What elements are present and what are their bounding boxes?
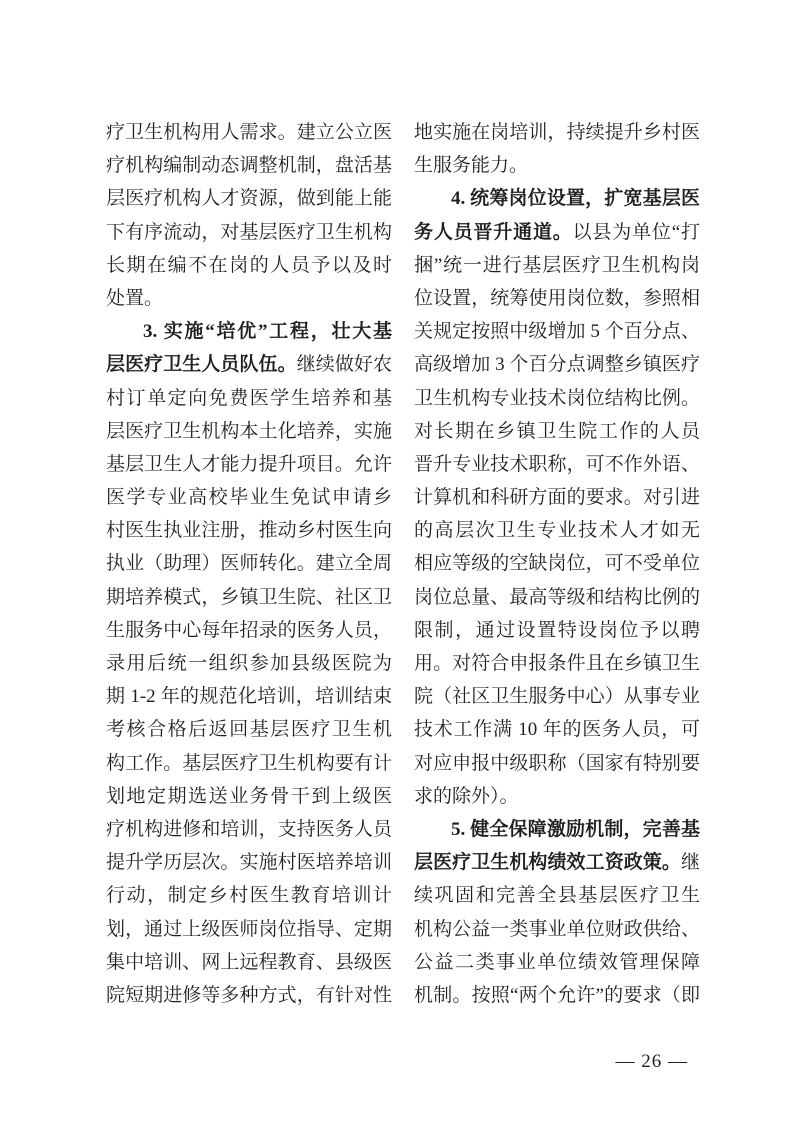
text-line: 机制。按照“两个允许”的要求（即 (414, 979, 700, 1012)
text-segment: 生服务能力。 (414, 155, 528, 176)
text-line: 村医生执业注册，推动乡村医生向 (106, 514, 392, 547)
text-segment: 疗卫生机构用人需求。建立公立医 (106, 122, 392, 143)
text-line: 提升学历层次。实施村医培养培训 (106, 846, 392, 879)
text-segment: 基层卫生人才能力提升项目。允许 (106, 454, 392, 475)
text-segment: 限制，通过设置特设岗位予以聘 (414, 620, 700, 641)
text-line: 层医疗卫生机构绩效工资政策。继 (414, 846, 700, 879)
text-line: 高级增加 3 个百分点调整乡镇医疗 (414, 348, 700, 381)
text-line: 录用后统一组织参加县级医院为 (106, 647, 392, 680)
text-segment: 对长期在乡镇卫生院工作的人员 (414, 421, 700, 442)
text-line: 划，通过上级医师岗位指导、定期 (106, 913, 392, 946)
text-segment: 以县为单位“打 (573, 222, 700, 243)
bold-text-segment: 4. 统筹岗位设置，扩宽基层医 (451, 188, 700, 209)
text-segment: 村医生执业注册，推动乡村医生向 (106, 520, 392, 541)
text-segment: 公益二类事业单位绩效管理保障 (414, 952, 700, 973)
text-line: 层医疗卫生机构本土化培养，实施 (106, 415, 392, 448)
text-line: 位设置，统筹使用岗位数，参照相 (414, 282, 700, 315)
page-number-text: — 26 — (616, 1051, 689, 1072)
text-segment: 地实施在岗培训，持续提升乡村医 (414, 122, 700, 143)
text-segment: 构工作。基层医疗卫生机构要有计 (106, 753, 392, 774)
text-segment: 下有序流动，对基层医疗卫生机构 (106, 222, 392, 243)
text-line: 院（社区卫生服务中心）从事专业 (414, 680, 700, 713)
text-segment: 疗机构编制动态调整机制，盘活基 (106, 155, 392, 176)
text-line: 3. 实施“培优”工程，壮大基 (106, 315, 392, 348)
text-segment: 晋升专业技术职称，可不作外语、 (414, 454, 700, 475)
text-segment: 划，通过上级医师岗位指导、定期 (106, 919, 392, 940)
text-segment: 继 (681, 852, 700, 873)
bold-text-segment: 层医疗卫生机构绩效工资政策。 (414, 852, 681, 873)
text-line: 技术工作满 10 年的医务人员，可 (414, 713, 700, 746)
text-segment: 相应等级的空缺岗位，可不受单位 (414, 553, 700, 574)
text-segment: 捆”统一进行基层医疗卫生机构岗 (414, 255, 700, 276)
text-line: 疗机构进修和培训，支持医务人员 (106, 813, 392, 846)
text-line: 限制，通过设置特设岗位予以聘 (414, 614, 700, 647)
text-segment: 机制。按照“两个允许”的要求（即 (414, 985, 700, 1006)
text-line: 下有序流动，对基层医疗卫生机构 (106, 216, 392, 249)
text-segment: 考核合格后返回基层医疗卫生机 (106, 719, 392, 740)
page-number: — 26 — (0, 1051, 688, 1073)
text-line: 基层卫生人才能力提升项目。允许 (106, 448, 392, 481)
bold-text-segment: 3. 实施“培优”工程，壮大基 (143, 321, 392, 342)
text-segment: 关规定按照中级增加 5 个百分点、 (414, 321, 700, 342)
text-line: 行动，制定乡村医生教育培训计 (106, 879, 392, 912)
text-line: 岗位总量、最高等级和结构比例的 (414, 581, 700, 614)
text-line: 集中培训、网上远程教育、县级医 (106, 946, 392, 979)
text-segment: 继续做好农 (297, 354, 392, 375)
text-columns: 疗卫生机构用人需求。建立公立医疗机构编制动态调整机制，盘活基层医疗机构人才资源，… (106, 116, 700, 1012)
text-segment: 位设置，统筹使用岗位数，参照相 (414, 288, 700, 309)
text-line: 捆”统一进行基层医疗卫生机构岗 (414, 249, 700, 282)
text-line: 疗卫生机构用人需求。建立公立医 (106, 116, 392, 149)
text-column-right: 地实施在岗培训，持续提升乡村医生服务能力。4. 统筹岗位设置，扩宽基层医务人员晋… (414, 116, 700, 1012)
text-line: 4. 统筹岗位设置，扩宽基层医 (414, 182, 700, 215)
text-segment: 求的除外）。 (414, 786, 519, 807)
text-segment: 划地定期选送业务骨干到上级医 (106, 786, 392, 807)
text-segment: 提升学历层次。实施村医培养培训 (106, 852, 392, 873)
text-line: 相应等级的空缺岗位，可不受单位 (414, 547, 700, 580)
text-segment: 机构公益一类事业单位财政供给、 (414, 919, 700, 940)
text-line: 计算机和科研方面的要求。对引进 (414, 481, 700, 514)
text-line: 执业（助理）医师转化。建立全周 (106, 547, 392, 580)
text-line: 院短期进修等多种方式，有针对性 (106, 979, 392, 1012)
text-line: 村订单定向免费医学生培养和基 (106, 382, 392, 415)
text-line: 机构公益一类事业单位财政供给、 (414, 913, 700, 946)
text-line: 生服务能力。 (414, 149, 700, 182)
text-segment: 层医疗机构人才资源，做到能上能 (106, 188, 392, 209)
bold-text-segment: 务人员晋升通道。 (414, 222, 573, 243)
text-line: 务人员晋升通道。以县为单位“打 (414, 216, 700, 249)
text-segment: 录用后统一组织参加县级医院为 (106, 653, 392, 674)
text-segment: 层医疗卫生机构本土化培养，实施 (106, 421, 392, 442)
text-line: 生服务中心每年招录的医务人员， (106, 614, 392, 647)
text-segment: 期 1-2 年的规范化培训，培训结束 (106, 686, 392, 707)
text-line: 期培养模式，乡镇卫生院、社区卫 (106, 581, 392, 614)
bold-text-segment: 5. 健全保障激励机制，完善基 (451, 819, 700, 840)
text-line: 地实施在岗培训，持续提升乡村医 (414, 116, 700, 149)
text-line: 续巩固和完善全县基层医疗卫生 (414, 879, 700, 912)
text-segment: 行动，制定乡村医生教育培训计 (106, 885, 392, 906)
text-segment: 疗机构进修和培训，支持医务人员 (106, 819, 392, 840)
text-line: 5. 健全保障激励机制，完善基 (414, 813, 700, 846)
text-segment: 长期在编不在岗的人员予以及时 (106, 255, 392, 276)
text-line: 关规定按照中级增加 5 个百分点、 (414, 315, 700, 348)
text-segment: 医学专业高校毕业生免试申请乡 (106, 487, 392, 508)
text-line: 对应申报中级职称（国家有特别要 (414, 747, 700, 780)
text-line: 晋升专业技术职称，可不作外语、 (414, 448, 700, 481)
text-segment: 计算机和科研方面的要求。对引进 (414, 487, 700, 508)
text-line: 用。对符合申报条件且在乡镇卫生 (414, 647, 700, 680)
text-line: 的高层次卫生专业技术人才如无 (414, 514, 700, 547)
text-segment: 续巩固和完善全县基层医疗卫生 (414, 885, 700, 906)
text-line: 划地定期选送业务骨干到上级医 (106, 780, 392, 813)
text-line: 层医疗卫生人员队伍。继续做好农 (106, 348, 392, 381)
text-line: 公益二类事业单位绩效管理保障 (414, 946, 700, 979)
text-segment: 对应申报中级职称（国家有特别要 (414, 753, 700, 774)
text-segment: 院短期进修等多种方式，有针对性 (106, 985, 392, 1006)
text-segment: 生服务中心每年招录的医务人员， (106, 620, 392, 641)
bold-text-segment: 层医疗卫生人员队伍。 (106, 354, 297, 375)
text-line: 疗机构编制动态调整机制，盘活基 (106, 149, 392, 182)
text-segment: 岗位总量、最高等级和结构比例的 (414, 587, 700, 608)
text-line: 考核合格后返回基层医疗卫生机 (106, 713, 392, 746)
text-column-left: 疗卫生机构用人需求。建立公立医疗机构编制动态调整机制，盘活基层医疗机构人才资源，… (106, 116, 392, 1012)
text-segment: 处置。 (106, 288, 163, 309)
text-segment: 卫生机构专业技术岗位结构比例。 (414, 388, 700, 409)
text-segment: 高级增加 3 个百分点调整乡镇医疗 (414, 354, 700, 375)
text-line: 期 1-2 年的规范化培训，培训结束 (106, 680, 392, 713)
text-segment: 院（社区卫生服务中心）从事专业 (414, 686, 700, 707)
text-segment: 用。对符合申报条件且在乡镇卫生 (414, 653, 700, 674)
text-line: 构工作。基层医疗卫生机构要有计 (106, 747, 392, 780)
text-line: 卫生机构专业技术岗位结构比例。 (414, 382, 700, 415)
text-segment: 期培养模式，乡镇卫生院、社区卫 (106, 587, 392, 608)
text-line: 层医疗机构人才资源，做到能上能 (106, 182, 392, 215)
text-line: 长期在编不在岗的人员予以及时 (106, 249, 392, 282)
text-line: 对长期在乡镇卫生院工作的人员 (414, 415, 700, 448)
text-line: 处置。 (106, 282, 392, 315)
text-line: 医学专业高校毕业生免试申请乡 (106, 481, 392, 514)
text-segment: 村订单定向免费医学生培养和基 (106, 388, 392, 409)
text-segment: 技术工作满 10 年的医务人员，可 (414, 719, 700, 740)
text-segment: 的高层次卫生专业技术人才如无 (414, 520, 700, 541)
text-segment: 执业（助理）医师转化。建立全周 (106, 553, 392, 574)
text-segment: 集中培训、网上远程教育、县级医 (106, 952, 392, 973)
text-line: 求的除外）。 (414, 780, 700, 813)
document-page: 疗卫生机构用人需求。建立公立医疗机构编制动态调整机制，盘活基层医疗机构人才资源，… (0, 0, 793, 1122)
